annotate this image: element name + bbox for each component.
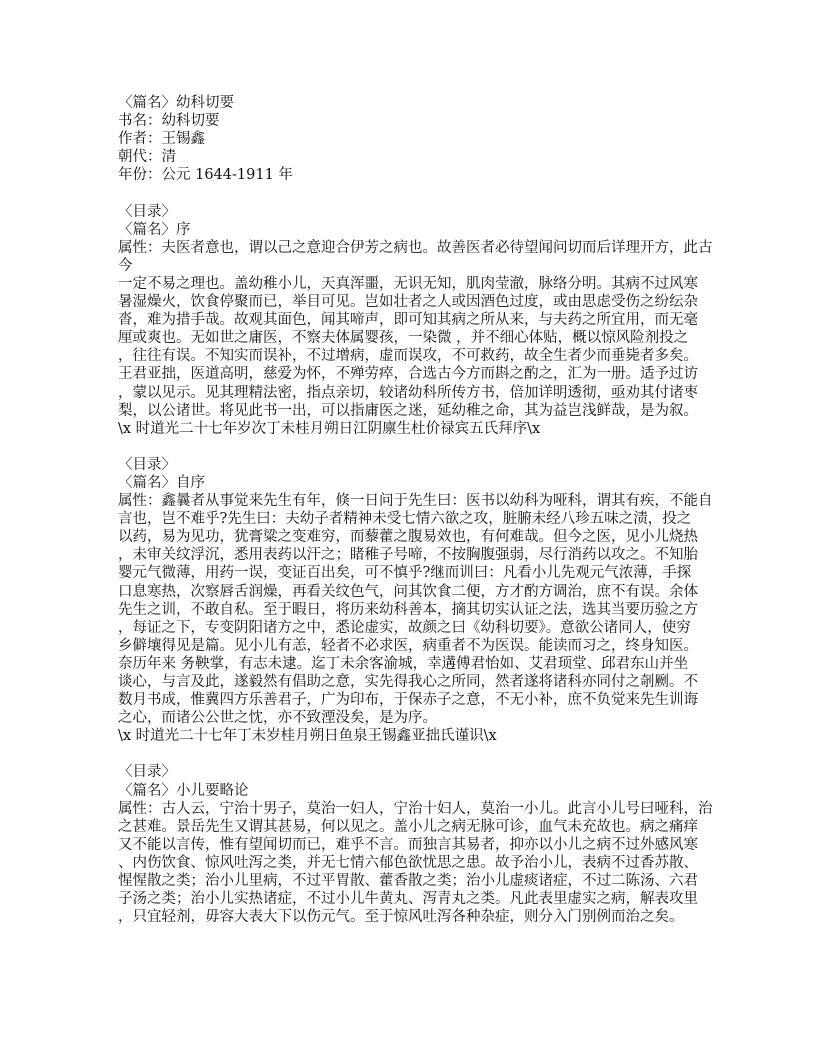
text-line: 以药，易为见功，犹膏粱之变难穷，而藜藿之腹易效也，有何难哉。但今之医，见小儿烧热 — [118, 528, 708, 546]
text-line: 属性：夫医者意也，谓以己之意迎合伊芳之病也。故善医者必待望闻问切而后详理开方，此… — [118, 239, 708, 257]
section-pediatric-outline: 〈目录〉 〈篇名〉小儿要略论 属性：古人云，宁治十男子，莫治一妇人，宁治十妇人，… — [118, 763, 708, 926]
text-line: 梨，以公诸世。将见此书一出，可以指庸医之迷，延幼稚之命，其为益岂浅鲜哉，是为叙。 — [118, 402, 708, 420]
section-toc: 〈目录〉 — [118, 763, 708, 781]
text-line: 王君亚拙，医道高明，慈爱为怀，不殚劳瘁，合选古今方而斟之酌之，汇为一册。适予过访 — [118, 365, 708, 383]
section-toc: 〈目录〉 — [118, 203, 708, 221]
header-title: 〈篇名〉幼科切要 — [118, 94, 708, 112]
text-line: 之甚难。景岳先生又谓其甚易，何以见之。盖小儿之病无脉可诊，血气未充故也。病之痛痒 — [118, 818, 708, 836]
spacer — [118, 438, 708, 456]
text-line: 奈历年来 务鞅掌，有志未逮。迄丁未余客渝城，幸遘傅君怡如、艾君顼堂、邱君东山并坐 — [118, 655, 708, 673]
text-line: 属性：鑫曩者从事觉来先生有年，倏一日问于先生曰：医书以幼科为哑科，谓其有疾，不能… — [118, 492, 708, 510]
section-toc: 〈目录〉 — [118, 456, 708, 474]
signature-line: \x 时道光二十七年丁未岁桂月朔日鱼泉王锡鑫亚拙氏谨识\x — [118, 727, 708, 745]
text-line: ，往往有误。不知实而误补，不过增病，虚而误攻，不可救药，故全生者少而垂毙者多矣。 — [118, 347, 708, 365]
text-line: 、内伤饮食、惊风吐泻之类，并无七情六郁色欲忧思之患。故予治小儿，表病不过香苏散、 — [118, 854, 708, 872]
section-title: 〈篇名〉序 — [118, 221, 708, 239]
text-line: 一定不易之理也。盖幼稚小儿，天真浑噩，无识无知，肌肉莹澈，脉络分明。其病不过风寒 — [118, 275, 708, 293]
section-preface: 〈目录〉 〈篇名〉序 属性：夫医者意也，谓以己之意迎合伊芳之病也。故善医者必待望… — [118, 203, 708, 438]
section-title: 〈篇名〉小儿要略论 — [118, 782, 708, 800]
document-page: 〈篇名〉幼科切要 书名：幼科切要 作者：王锡鑫 朝代：清 年份：公元 1644-… — [118, 94, 708, 926]
text-line: 子汤之类；治小儿实热诸症，不过小儿牛黄丸、泻青丸之类。凡此表里虚实之病，解表攻里 — [118, 890, 708, 908]
header-year: 年份：公元 1644-1911 年 — [118, 166, 708, 184]
text-line: ，只宜轻剂，毋容大表大下以伤元气。至于惊风吐泻各种杂症，则分入门别例而治之矣。 — [118, 908, 708, 926]
text-line: 惺惺散之类；治小儿里病，不过平胃散、藿香散之类；治小儿虚痰诸症，不过二陈汤、六君 — [118, 872, 708, 890]
text-line: 厘或爽也。无如世之庸医，不察夫体属婴孩，一染微 ，并不细心体贴，概以惊风险剂投之 — [118, 329, 708, 347]
signature-line: \x 时道光二十七年岁次丁未桂月朔日江阴廪生杜价禄宾五氏拜序\x — [118, 420, 708, 438]
text-line: 沓，难为措手哉。故观其面色，闻其啼声，即可知其病之所从来，与夫药之所宜用，而无毫 — [118, 311, 708, 329]
spacer — [118, 745, 708, 763]
text-line: 属性：古人云，宁治十男子，莫治一妇人，宁治十妇人，莫治一小儿。此言小儿号曰哑科，… — [118, 800, 708, 818]
text-line: 今 — [118, 257, 708, 275]
text-line: 又不能以言传，惟有望闻切而已，难乎不言。而独言其易者，抑亦以小儿之病不过外感风寒 — [118, 836, 708, 854]
text-line: ，蒙以见示。见其理精法密，指点亲切，较诸幼科所传方书，倍加详明透彻，亟劝其付诸枣 — [118, 384, 708, 402]
header-book: 书名：幼科切要 — [118, 112, 708, 130]
text-line: ，未审关纹浮沉，悉用表药以汗之；睹稚子号啼，不按胸腹强弱，尽行消药以攻之。不知胎 — [118, 546, 708, 564]
text-line: ，每证之下，专变阴阳诸方之中，悉论虚实，故颜之曰《幼科切要》。意欲公诸同人，使穷 — [118, 619, 708, 637]
spacer — [118, 184, 708, 202]
section-self-preface: 〈目录〉 〈篇名〉自序 属性：鑫曩者从事觉来先生有年，倏一日问于先生曰：医书以幼… — [118, 456, 708, 746]
section-title: 〈篇名〉自序 — [118, 474, 708, 492]
text-line: 口息寒热，次察唇舌润燥，再看关纹色气，问其饮食二便，方才酌方调治，庶不有误。余体 — [118, 583, 708, 601]
header-author: 作者：王锡鑫 — [118, 130, 708, 148]
text-line: 言也，岂不难乎?先生曰：夫幼子者精神未受七情六欲之攻，脏腑未经八珍五味之渍，投之 — [118, 510, 708, 528]
text-line: 先生之训，不敢自私。至于暇日，将历来幼科善本，摘其切实认证之法，选其当要历验之方 — [118, 601, 708, 619]
text-line: 之心，而诸公公世之忱，亦不致湮没矣，是为序。 — [118, 709, 708, 727]
text-line: 婴元气微薄，用药一误，变证百出矣，可不慎乎?继而训曰：凡看小儿先观元气浓薄，手探 — [118, 564, 708, 582]
header-dynasty: 朝代：清 — [118, 148, 708, 166]
text-line: 谈心，与言及此，遂毅然有倡助之意，实先得我心之所同，然者遂将诸科亦同付之剞劂。不 — [118, 673, 708, 691]
text-line: 乡僻壤得见是篇。见小儿有恙，轻者不必求医，病重者不为医误。能读而习之，终身知医。 — [118, 637, 708, 655]
text-line: 数月书成，惟冀四方乐善君子，广为印布，于保赤子之意，不无小补，庶不负觉来先生训诲 — [118, 691, 708, 709]
text-line: 暑湿燥火，饮食停聚而已，举目可见。岂如壮者之人或因酒色过度，或由思虑受伤之纷纭杂 — [118, 293, 708, 311]
